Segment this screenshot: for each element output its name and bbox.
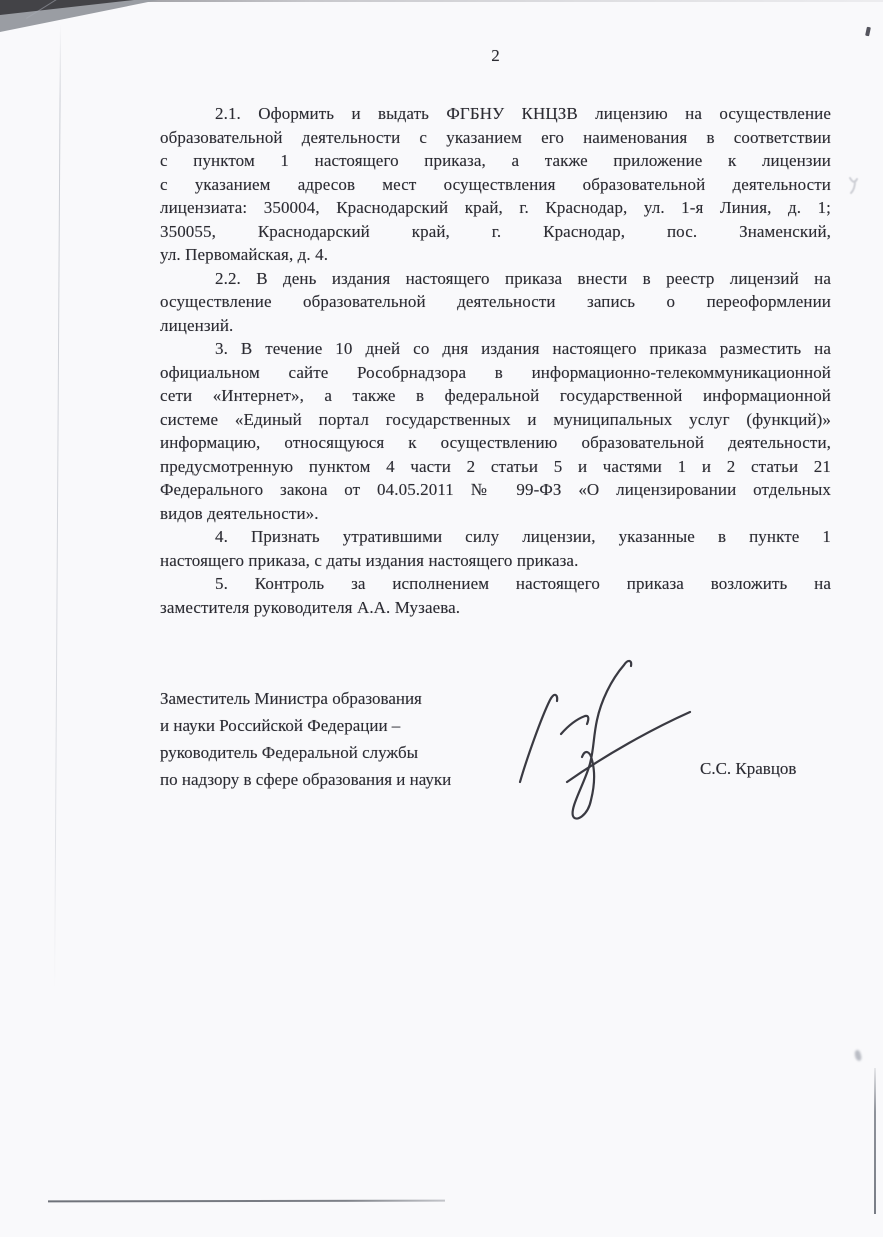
scan-line-right (874, 1068, 876, 1214)
scanned-document-page: 2 2.1. Оформить и выдать ФГБНУ КНЦЗВ лиц… (0, 0, 883, 1237)
text-line: лицензиата: 350004, Краснодарский край, … (160, 196, 831, 220)
text-line: системе «Единый портал государственных и… (160, 408, 831, 432)
text-line: информацию, относящуюся к осуществлению … (160, 431, 831, 455)
text-line: заместителя руководителя А.А. Музаева. (160, 596, 831, 620)
page-number: 2 (160, 44, 831, 68)
text-line: Федерального закона от 04.05.2011 № 99-Ф… (160, 478, 831, 502)
text-line: лицензий. (160, 314, 831, 338)
text-line: с пунктом 1 настоящего приказа, а также … (160, 149, 831, 173)
text-line: образовательной деятельности с указанием… (160, 126, 831, 150)
document-body: 2.1. Оформить и выдать ФГБНУ КНЦЗВ лицен… (160, 102, 831, 619)
text-line: предусмотренную пунктом 4 части 2 статьи… (160, 455, 831, 479)
text-line: 2.1. Оформить и выдать ФГБНУ КНЦЗВ лицен… (160, 102, 831, 126)
smudge-mark-bottom (853, 1049, 862, 1061)
text-line: 5. Контроль за исполнением настоящего пр… (160, 572, 831, 596)
signer-name: С.С. Кравцов (700, 757, 796, 781)
paragraph: 3. В течение 10 дней со дня издания наст… (160, 337, 831, 525)
text-line: 350055, Краснодарский край, г. Краснодар… (160, 220, 831, 244)
signature-scribble (512, 630, 712, 840)
document-content: 2 2.1. Оформить и выдать ФГБНУ КНЦЗВ лиц… (160, 0, 831, 900)
text-line: осуществление образовательной деятельнос… (160, 290, 831, 314)
paragraph: 4. Признать утратившими силу лицензии, у… (160, 525, 831, 572)
paragraph: 2.1. Оформить и выдать ФГБНУ КНЦЗВ лицен… (160, 102, 831, 267)
fold-crease-line (54, 24, 61, 989)
paragraph: 5. Контроль за исполнением настоящего пр… (160, 572, 831, 619)
text-line: сети «Интернет», а также в федеральной г… (160, 384, 831, 408)
text-line: настоящего приказа, с даты издания насто… (160, 549, 831, 573)
text-line: 3. В течение 10 дней со дня издания наст… (160, 337, 831, 361)
text-line: ул. Первомайская, д. 4. (160, 243, 831, 267)
paragraph: 2.2. В день издания настоящего приказа в… (160, 267, 831, 338)
signature-block: Заместитель Министра образованияи науки … (160, 685, 831, 900)
signature-title-line: и науки Российской Федерации – (160, 712, 831, 739)
signature-title-line: Заместитель Министра образования (160, 685, 831, 712)
text-line: 2.2. В день издания настоящего приказа в… (160, 267, 831, 291)
scan-line-bottom (48, 1200, 445, 1203)
text-line: с указанием адресов мест осуществления о… (160, 173, 831, 197)
text-line: официальном сайте Рособрнадзора в информ… (160, 361, 831, 385)
smudge-mark-right (847, 176, 862, 200)
text-line: видов деятельности». (160, 502, 831, 526)
ink-tick-mark (865, 27, 871, 37)
text-line: 4. Признать утратившими силу лицензии, у… (160, 525, 831, 549)
